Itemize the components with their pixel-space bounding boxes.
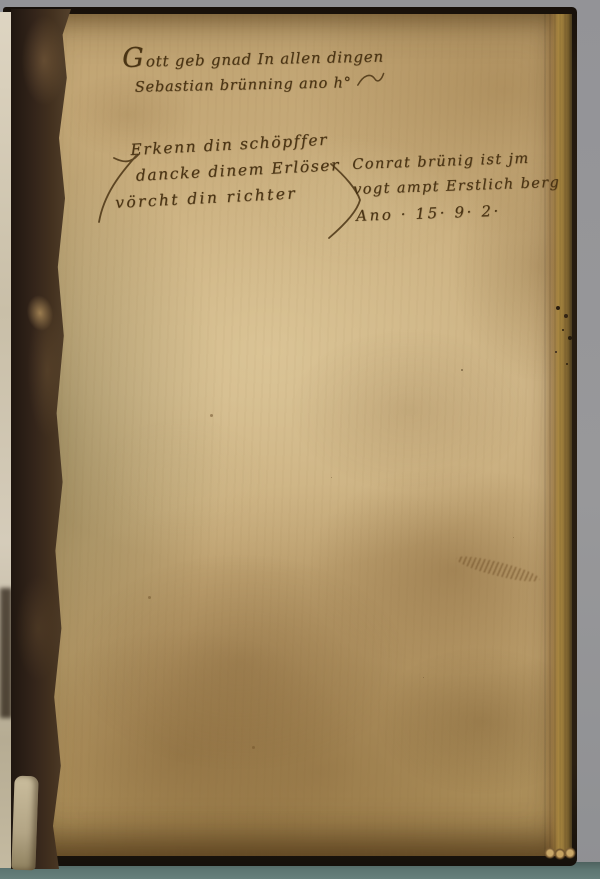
spine-parchment-tab — [11, 776, 38, 871]
inscription-top-line1: Gott geb gnad In allen dingen — [122, 43, 385, 72]
clasp-remnant — [542, 844, 580, 862]
fore-edge-strip — [544, 14, 572, 856]
manuscript-photo: Gott geb gnad In allen dingen Sebastian … — [0, 0, 600, 879]
sewing-support — [24, 293, 56, 333]
spine-dark-smudge — [0, 588, 12, 718]
pen-flourish-icon — [355, 70, 385, 95]
wormhole-marks — [556, 306, 560, 310]
inscription-motto: Erkenn din schöpffer dancke dinem Erlöse… — [112, 130, 342, 213]
motto-line2: dancke dinem Erlöser — [135, 156, 340, 186]
inscription-dated-note: Conrat brünig ist jm vogt ampt Erstlich … — [352, 149, 561, 226]
note-line2: vogt ampt Erstlich berg — [353, 174, 561, 200]
inscription-top: Gott geb gnad In allen dingen Sebastian … — [122, 43, 386, 99]
foxing-spots — [210, 414, 213, 417]
